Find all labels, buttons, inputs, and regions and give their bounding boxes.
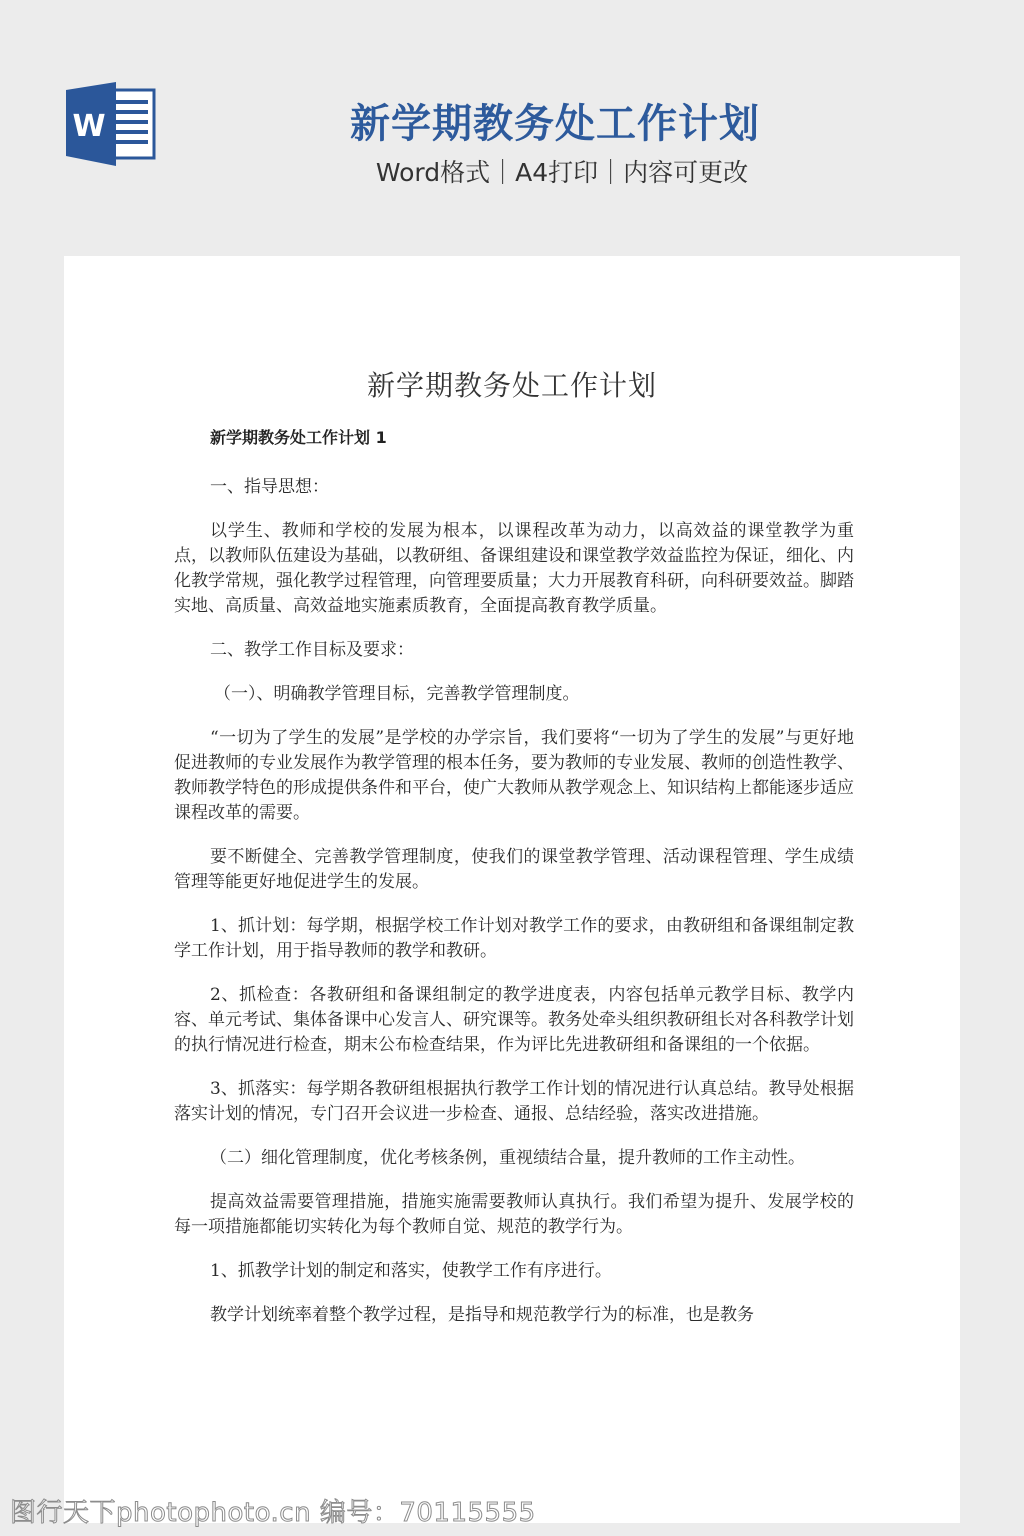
- heading-goals: 二、教学工作目标及要求：: [174, 638, 854, 663]
- document-body: 新学期教务处工作计划 1 一、指导思想： 以学生、教师和学校的发展为根本，以课程…: [174, 426, 854, 1347]
- banner-title: 新学期教务处工作计划: [0, 92, 1024, 149]
- heading-sub-2: （二）细化管理制度，优化考核条例，重视绩结合量，提升教师的工作主动性。: [174, 1146, 854, 1171]
- paragraph: 要不断健全、完善教学管理制度，使我们的课堂教学管理、活动课程管理、学生成绩管理等…: [174, 845, 854, 895]
- paragraph: 以学生、教师和学校的发展为根本，以课程改革为动力，以高效益的课堂教学为重点，以教…: [174, 519, 854, 619]
- section-title: 新学期教务处工作计划 1: [210, 426, 854, 450]
- paragraph: 2、抓检查：各教研组和备课组制定的教学进度表，内容包括单元教学目标、教学内容、单…: [174, 983, 854, 1058]
- paragraph: 提高效益需要管理措施，措施实施需要教师认真执行。我们希望为提升、发展学校的每一项…: [174, 1190, 854, 1240]
- document-page: 新学期教务处工作计划 新学期教务处工作计划 1 一、指导思想： 以学生、教师和学…: [64, 256, 960, 1523]
- paragraph: 3、抓落实：每学期各教研组根据执行教学工作计划的情况进行认真总结。教导处根据落实…: [174, 1077, 854, 1127]
- paragraph: “一切为了学生的发展”是学校的办学宗旨，我们要将“一切为了学生的发展”与更好地促…: [174, 726, 854, 826]
- paragraph: 1、抓教学计划的制定和落实，使教学工作有序进行。: [174, 1259, 854, 1284]
- document-title: 新学期教务处工作计划: [64, 364, 960, 404]
- banner-subtitle: Word格式｜A4打印｜内容可更改: [0, 153, 1024, 189]
- heading-sub-1: （一）、明确教学管理目标，完善教学管理制度。: [174, 682, 854, 707]
- paragraph: 教学计划统率着整个教学过程，是指导和规范教学行为的标准，也是教务: [174, 1303, 854, 1328]
- watermark: 图行天下photophoto.cn 编号：70115555: [10, 1492, 536, 1529]
- paragraph: 1、抓计划：每学期，根据学校工作计划对教学工作的要求，由教研组和备课组制定教学工…: [174, 914, 854, 964]
- heading-guiding-ideology: 一、指导思想：: [174, 475, 854, 500]
